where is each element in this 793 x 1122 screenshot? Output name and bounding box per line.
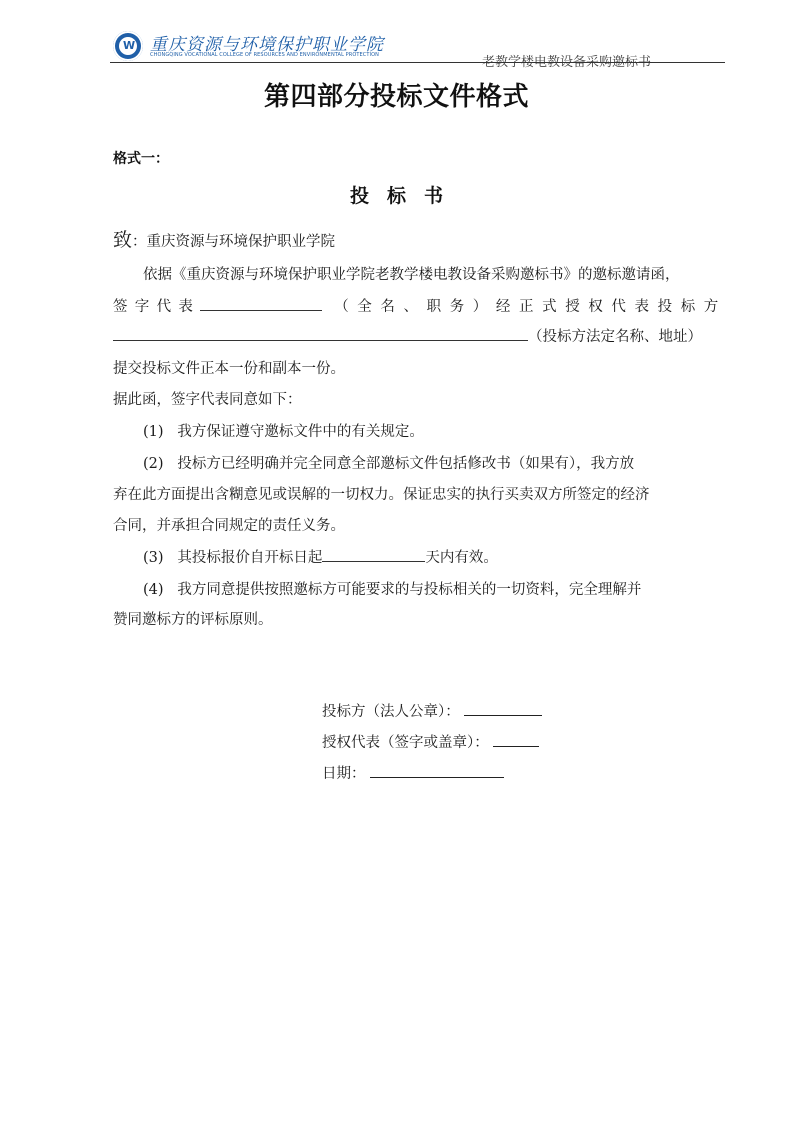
page-header: W 重庆资源与环境保护职业学院 CHONGQING VOCATIONAL COL… — [0, 0, 793, 70]
validity-days-blank[interactable] — [322, 547, 425, 562]
page-title: 第四部分投标文件格式 — [0, 76, 793, 113]
document-header-title: 老教学楼电教设备采购邀标书 — [482, 51, 651, 70]
list-item: (3) 其投标报价自开标日起天内有效。 — [113, 546, 498, 567]
recipient-line: 致：重庆资源与环境保护职业学院 — [113, 225, 335, 252]
paragraph-line: 提交投标文件正本一份和副本一份。 — [113, 357, 345, 378]
representative-signature-line: 授权代表（签字或盖章）： — [322, 731, 539, 752]
paragraph-line: 签字代表（全名、职务）经正式授权代表投标方 — [113, 295, 718, 316]
section-title: 投标书 — [0, 181, 793, 208]
recipient-name: 重庆资源与环境保护职业学院 — [147, 234, 336, 250]
to-label: 致 — [113, 229, 132, 251]
paragraph-line: 依据《重庆资源与环境保护职业学院老教学楼电教设备采购邀标书》的邀标邀请函， — [113, 263, 680, 284]
representative-signature-blank[interactable] — [493, 734, 539, 747]
list-item: (4) 我方同意提供按照邀标方可能要求的与投标相关的一切资料，完全理解并 — [113, 578, 641, 599]
college-logo-english: CHONGQING VOCATIONAL COLLEGE OF RESOURCE… — [150, 52, 379, 58]
list-item: (1) 我方保证遵守邀标文件中的有关规定。 — [113, 420, 424, 441]
signatory-name-blank[interactable] — [200, 296, 322, 311]
intro-text: 据此函，签字代表同意如下： — [113, 388, 302, 409]
paragraph-line: （投标方法定名称、地址） — [113, 325, 702, 346]
college-emblem-icon: W — [113, 31, 143, 61]
bidder-seal-line: 投标方（法人公章）： — [322, 700, 542, 721]
list-item-continued: 弃在此方面提出含糊意见或误解的一切权力。保证忠实的执行买卖双方所签定的经济 — [113, 483, 650, 504]
header-divider — [110, 62, 725, 63]
list-item-continued: 合同，并承担合同规定的责任义务。 — [113, 514, 345, 535]
date-blank[interactable] — [370, 765, 504, 778]
date-line: 日期： — [322, 762, 504, 783]
format-label: 格式一： — [113, 148, 169, 168]
list-item: (2) 投标方已经明确并完全同意全部邀标文件包括修改书（如果有），我方放 — [113, 452, 634, 473]
bidder-name-address-blank[interactable] — [113, 326, 528, 341]
bidder-seal-blank[interactable] — [464, 703, 542, 716]
list-item-continued: 赞同邀标方的评标原则。 — [113, 608, 273, 629]
